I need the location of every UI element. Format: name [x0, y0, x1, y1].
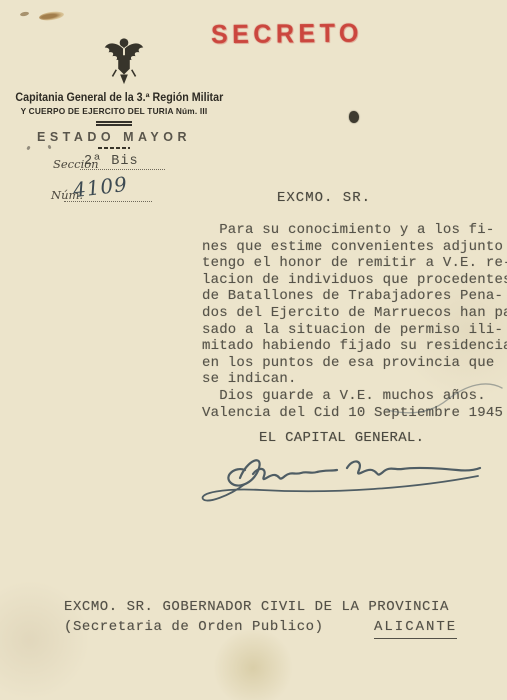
letter-line: dos del Ejercito de Marruecos han pa-	[202, 305, 507, 322]
document-page: SECRETO Capitania General de la 3.ª Regi…	[0, 0, 507, 700]
letter-line: Para su conocimiento y a los fi-	[202, 222, 507, 239]
addressee-line1: EXCMO. SR. GOBERNADOR CIVIL DE LA PROVIN…	[64, 597, 474, 617]
paper-stain	[39, 10, 65, 21]
secreto-stamp: SECRETO	[211, 18, 363, 50]
dotted-line	[80, 169, 165, 170]
letter-line: tengo el honor de remitir a V.E. re-	[202, 255, 507, 272]
addressee-line2: (Secretaria de Orden Publico)	[64, 619, 324, 635]
addressee-city: ALICANTE	[374, 617, 457, 639]
eagle-emblem-icon	[102, 36, 146, 88]
salutation: EXCMO. SR.	[277, 190, 371, 206]
closing-title: EL CAPITAL GENERAL.	[259, 430, 424, 446]
org-name-line1: Capitania General de la 3.ª Región Milit…	[15, 92, 212, 104]
letter-line: sado a la situacion de permiso ili-	[202, 322, 507, 339]
section-value: 2ª Bis	[84, 154, 139, 169]
dotted-line	[64, 201, 152, 202]
letter-line: en los puntos de esa provincia que	[202, 355, 507, 372]
letter-line: lacion de individuos que procedentes	[202, 272, 507, 289]
department-title: ESTADO MAYOR	[8, 130, 220, 144]
letter-line: de Batallones de Trabajadores Pena-	[202, 288, 507, 305]
signature-scrawl	[195, 446, 495, 518]
addressee-line2-row: (Secretaria de Orden Publico) ALICANTE	[64, 617, 474, 637]
pen-flourish	[372, 372, 507, 417]
org-name-line2: Y CUERPO DE EJERCITO DEL TURIA Núm. III	[8, 106, 220, 116]
double-rule	[96, 121, 132, 126]
number-handwritten-value: 4109	[72, 172, 129, 203]
letter-line: mitado habiendo fijado su residencia	[202, 338, 507, 355]
dashed-rule	[98, 147, 130, 149]
number-field: Núm. 4109	[50, 180, 200, 207]
ink-blot	[349, 111, 359, 123]
paper-stain	[20, 11, 30, 17]
letterhead: Capitania General de la 3.ª Región Milit…	[8, 36, 220, 149]
reference-fields: Sección 2ª Bis Núm. 4109	[50, 153, 200, 207]
letter-line: nes que estime convenientes adjunto	[202, 239, 507, 256]
addressee-block: EXCMO. SR. GOBERNADOR CIVIL DE LA PROVIN…	[64, 597, 474, 637]
